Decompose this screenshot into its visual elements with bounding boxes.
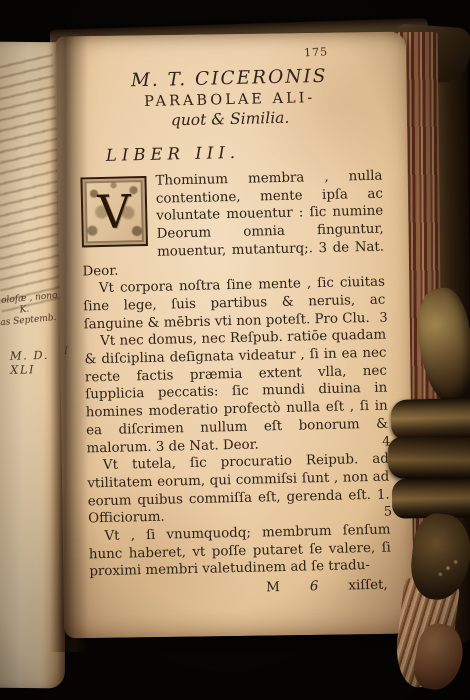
book-heading: LIBER III.	[106, 140, 382, 165]
paragraph: VThominum membra , nulla contentione, me…	[80, 168, 384, 281]
paragraph-text: Vt corpora noſtra ſine mente , ſic ciuit…	[83, 275, 385, 332]
signature-line: M 6 xiſſet,	[90, 578, 392, 600]
paragraph: Vt tutela, ſic procuratio Reipub. ad vti…	[87, 451, 391, 529]
marginal-number: 5	[384, 504, 393, 522]
paragraph: Vt nec domus, nec Reſpub. ratiōe quadam …	[84, 327, 389, 458]
signature-leaf-number: 6	[310, 579, 319, 594]
paragraph-text: Vt , ſi vnumquodq; membrum ſenſum hunc h…	[89, 523, 391, 580]
gutter-edge-letter: I	[64, 346, 68, 357]
woodcut-initial: V	[80, 176, 148, 247]
photo-of-antique-book: Tholoſæ , nono K. das Septemb. M. D. XLI…	[0, 0, 470, 700]
marginal-number: 3	[379, 309, 388, 327]
bronze-clasp-bar	[392, 477, 470, 518]
page-number: 175	[304, 45, 329, 59]
paragraph-text: Vt nec domus, nec Reſpub. ratiōe quadam …	[84, 328, 388, 456]
text-column: M. T. CICERONIS PARABOLAE ALI- quot & Si…	[78, 65, 392, 600]
facing-page-colophon: Tholoſæ , nono K. das Septemb.	[0, 291, 62, 331]
printed-page: 175 M. T. CICERONIS PARABOLAE ALI- quot …	[56, 32, 414, 639]
paragraph: Vt corpora noſtra ſine mente , ſic ciuit…	[83, 274, 386, 334]
paragraph-text: Vt tutela, ſic procuratio Reipub. ad vti…	[87, 452, 390, 527]
catchword: xiſſet,	[348, 578, 388, 594]
bronze-clasp-bar	[388, 437, 470, 480]
bronze-clasp-bar	[390, 398, 470, 440]
paragraph: Vt , ſi vnumquodq; membrum ſenſum hunc h…	[88, 522, 391, 582]
title-author: M. T. CICERONIS	[78, 65, 380, 93]
signature-mark: M	[266, 580, 280, 595]
drop-cap-letter: V	[97, 188, 131, 235]
